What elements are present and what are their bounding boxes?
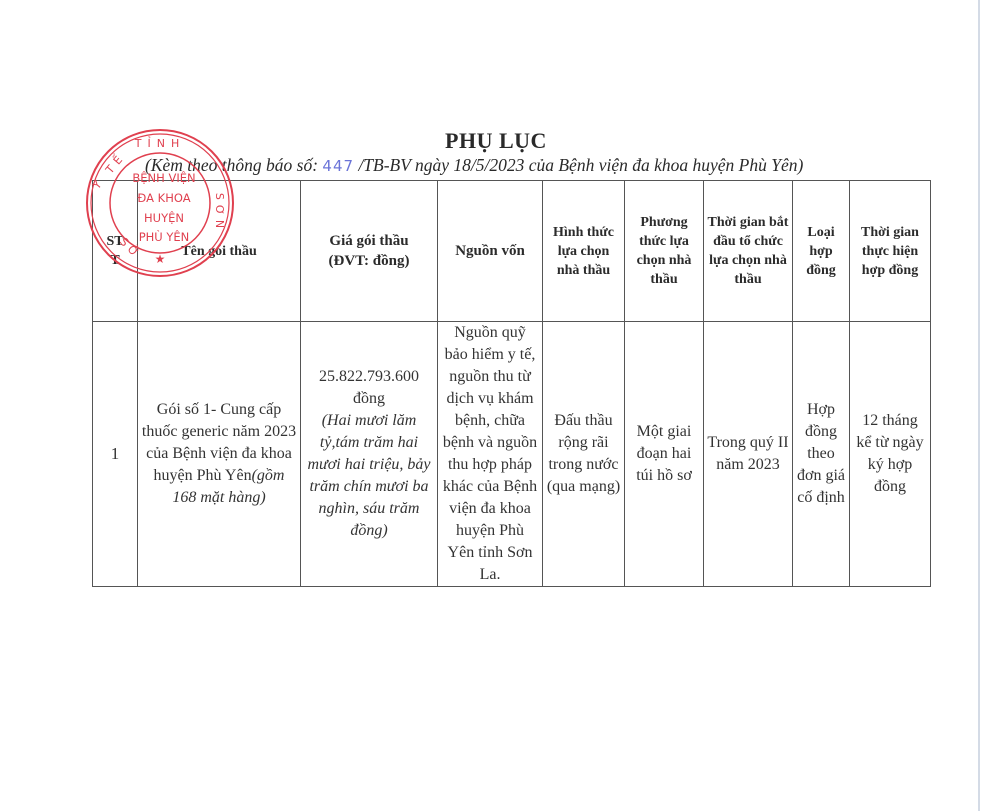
cell-package-price: 25.822.793.600đồng(Hai mươi lăm tỷ,tám t… <box>301 322 438 587</box>
header-contract-type: Loại hợp đồng <box>793 181 850 322</box>
header-funding-source: Nguồn vốn <box>438 181 543 322</box>
appendix-table: STT Tên gói thầu Giá gói thầu(ĐVT: đồng)… <box>92 180 931 587</box>
header-contract-duration: Thời gian thực hiện hợp đồng <box>850 181 931 322</box>
cell-contract-duration: 12 tháng kể từ ngày ký hợp đồng <box>850 322 931 587</box>
cell-funding-source: Nguồn quỹ bảo hiểm y tế, nguồn thu từ dị… <box>438 322 543 587</box>
table-row: 1 Gói số 1- Cung cấp thuốc generic năm 2… <box>93 322 931 587</box>
document-subtitle: (Kèm theo thông báo số: 447 /TB-BV ngày … <box>145 155 803 176</box>
header-selection-form: Hình thức lựa chọn nhà thầu <box>543 181 625 322</box>
cell-contract-type: Hợp đồng theo đơn giá cố định <box>793 322 850 587</box>
cell-selection-method: Một giai đoạn hai túi hồ sơ <box>625 322 704 587</box>
subtitle-prefix: (Kèm theo thông báo số: <box>145 155 322 175</box>
document-title: PHỤ LỤC <box>0 128 992 154</box>
header-package-price: Giá gói thầu(ĐVT: đồng) <box>301 181 438 322</box>
subtitle-suffix: /TB-BV ngày 18/5/2023 của Bệnh viện đa k… <box>354 155 803 175</box>
header-package-name: Tên gói thầu <box>138 181 301 322</box>
cell-selection-form: Đấu thầu rộng rãi trong nước (qua mạng) <box>543 322 625 587</box>
cell-stt: 1 <box>93 322 138 587</box>
header-start-time: Thời gian bắt đầu tổ chức lựa chọn nhà t… <box>704 181 793 322</box>
table-header-row: STT Tên gói thầu Giá gói thầu(ĐVT: đồng)… <box>93 181 931 322</box>
page-edge <box>978 0 980 811</box>
header-stt: STT <box>93 181 138 322</box>
cell-package-name: Gói số 1- Cung cấp thuốc generic năm 202… <box>138 322 301 587</box>
cell-start-time: Trong quý II năm 2023 <box>704 322 793 587</box>
header-selection-method: Phương thức lựa chọn nhà thầu <box>625 181 704 322</box>
handwritten-notice-number: 447 <box>322 157 354 175</box>
